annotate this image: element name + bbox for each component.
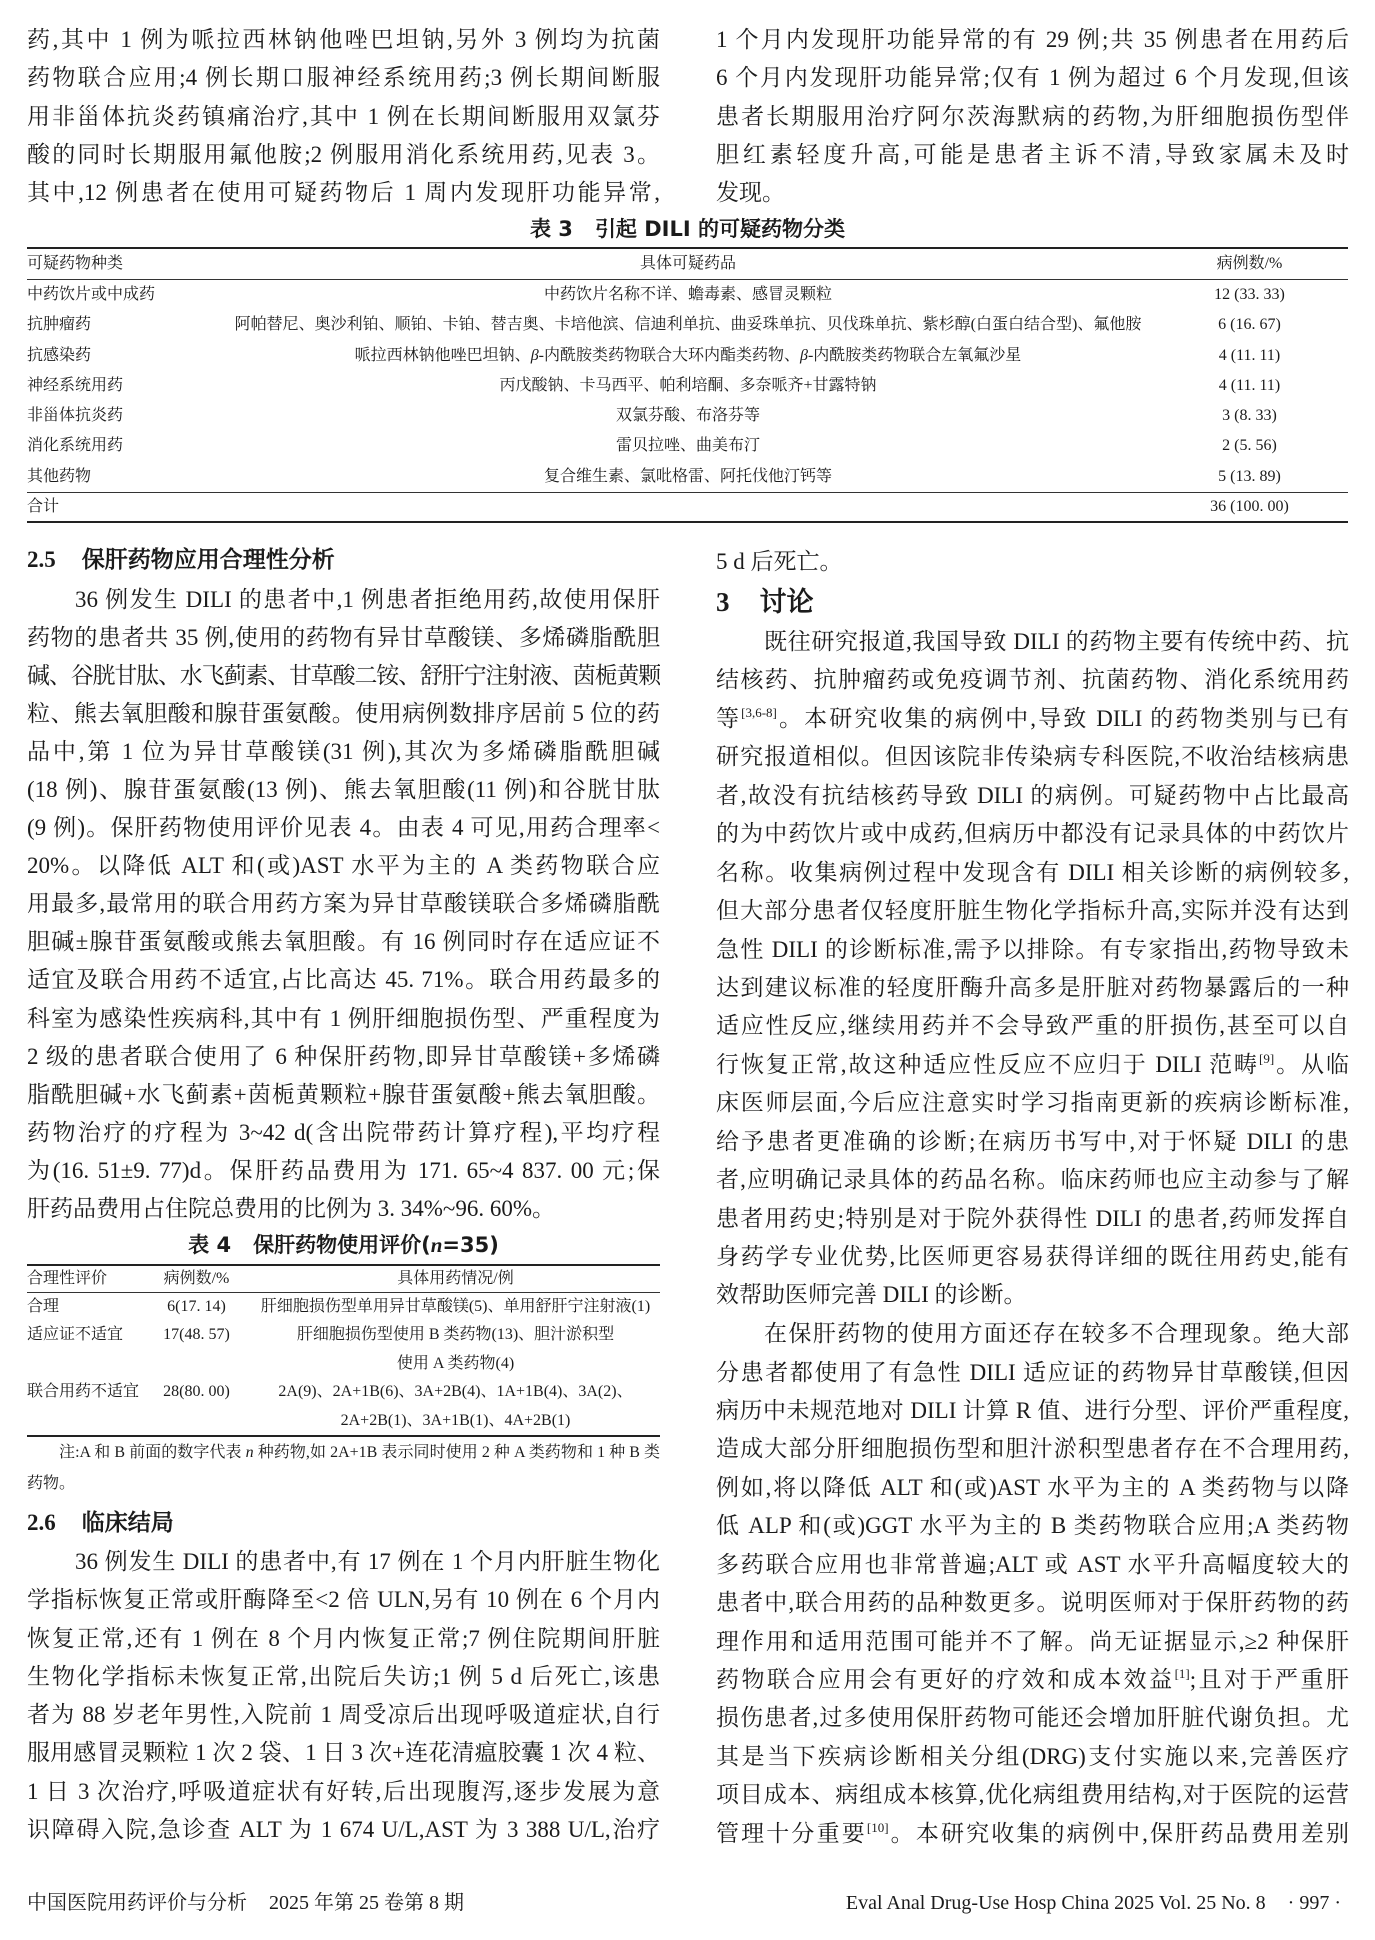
cell-specific-drugs: 双氯芬酸、布洛芬等 (225, 401, 1151, 431)
section-2-5-heading: 2.5保肝药物应用合理性分析 (27, 541, 660, 579)
text-line: 病历中未规范地对 DILI 计算 R 值、进行分型、评价严重程度, (716, 1392, 1349, 1430)
text-line: 药物治疗的疗程为 3~42 d(含出院带药计算疗程),平均疗程 (27, 1114, 660, 1152)
text-line: 结核药、抗肿瘤药或免疫调节剂、抗菌药物、消化系统用药 (716, 661, 1349, 699)
text-run: 。本研究收集的病例中,保肝药品费用差别 (889, 1821, 1349, 1846)
text-run: -内酰胺类药物联合大环内酯类药物、 (539, 347, 800, 364)
text-line: 恢复正常,还有 1 例在 8 个月内恢复正常;7 例住院期间肝脏 (27, 1620, 660, 1658)
cell-medication-details: 肝细胞损伤型单用异甘草酸镁(5)、单用舒肝宁注射液(1) (243, 1293, 660, 1321)
table-row: 抗肿瘤药阿帕替尼、奥沙利铂、顺铂、卡铂、替吉奥、卡培他滨、信迪利单抗、曲妥珠单抗… (27, 310, 1348, 340)
table-row: 中药饮片或中成药中药饮片名称不详、蟾毒素、感冒灵颗粒12 (33. 33) (27, 280, 1348, 310)
section-title: 临床结局 (82, 1510, 174, 1536)
cell-drug-category: 抗肿瘤药 (27, 310, 225, 340)
cell-specific-drugs: 哌拉西林钠他唑巴坦钠、β-内酰胺类药物联合大环内酯类药物、β-内酰胺类药物联合左… (225, 341, 1151, 371)
text-run: -内酰胺类药物联合左氧氟沙星 (808, 347, 1021, 364)
left-top-paragraph: 药,其中 1 例为哌拉西林钠他唑巴坦钠,另外 3 例均为抗菌药物联合应用;4 例… (27, 21, 660, 212)
text-run: 。从临 (1274, 1052, 1349, 1077)
text-line: 达到建议标准的轻度肝酶升高多是肝脏对药物暴露后的一种 (716, 969, 1349, 1007)
total-label: 合计 (27, 493, 225, 521)
text-line: 2 级的患者联合使用了 6 种保肝药物,即异甘草酸镁+多烯磷 (27, 1038, 660, 1076)
total-cases: 36 (100. 00) (1151, 493, 1348, 521)
table-4: 合理性评价 病例数/% 具体用药情况/例 合理6(17. 14)肝细胞损伤型单用… (27, 1264, 660, 1437)
text-run: 行恢复正常,故这种适应性反应不应归于 DILI 范畴 (716, 1052, 1259, 1077)
cell-specific-drugs: 中药饮片名称不详、蟾毒素、感冒灵颗粒 (225, 280, 1151, 310)
text-line: 研究报道相似。但因该院非传染病专科医院,不收治结核病患 (716, 738, 1349, 776)
table-body: 中药饮片或中成药中药饮片名称不详、蟾毒素、感冒灵颗粒12 (33. 33)抗肿瘤… (27, 280, 1348, 492)
text-line: 36 例发生 DILI 的患者中,1 例患者拒绝用药,故使用保肝 (27, 581, 660, 619)
section-2-6-paragraph: 36 例发生 DILI 的患者中,有 17 例在 1 个月内肝脏生物化学指标恢复… (27, 1543, 660, 1849)
section-title: 保肝药物应用合理性分析 (82, 547, 335, 573)
italic-symbol: β (800, 347, 808, 364)
cell-drug-category: 神经系统用药 (27, 371, 225, 401)
text-line: 1 日 3 次治疗,呼吸道症状有好转,后出现腹泻,逐步发展为意 (27, 1773, 660, 1811)
detail-line: 2A+2B(1)、3A+1B(1)、4A+2B(1) (251, 1407, 660, 1435)
text-line: 者,应明确记录具体的药品名称。临床药师也应主动参与了解 (716, 1161, 1349, 1199)
citation-ref: [9] (1259, 1051, 1274, 1066)
text-line: 36 例发生 DILI 的患者中,有 17 例在 1 个月内肝脏生物化 (27, 1543, 660, 1581)
text-line: 注:A 和 B 前面的数字代表 n 种药物,如 2A+1B 表示同时使用 2 种… (27, 1437, 660, 1468)
text-line: 行恢复正常,故这种适应性反应不应归于 DILI 范畴[9]。从临 (716, 1046, 1349, 1084)
text-line: 急性 DILI 的诊断标准,需予以排除。有专家指出,药物导致未 (716, 931, 1349, 969)
discussion-paragraph-1: 既往研究报道,我国导致 DILI 的药物主要有传统中药、抗结核药、抗肿瘤药或免疫… (716, 623, 1349, 1315)
text-line: 学指标恢复正常或肝酶降至<2 倍 ULN,另有 10 例在 6 个月内 (27, 1581, 660, 1619)
cell-drug-category: 非甾体抗炎药 (27, 401, 225, 431)
table-row: 联合用药不适宜28(80. 00)2A(9)、2A+1B(6)、3A+2B(4)… (27, 1378, 660, 1435)
text-line: 用最多,最常用的联合用药方案为异甘草酸镁联合多烯磷脂酰 (27, 885, 660, 923)
text-line: 管理十分重要[10]。本研究收集的病例中,保肝药品费用差别 (716, 1815, 1349, 1853)
table-3-caption: 引起 DILI 的可疑药物分类 (595, 217, 845, 241)
cell-case-count: 3 (8. 33) (1151, 401, 1348, 431)
text-line: 酸的同时长期服用氟他胺;2 例服用消化系统用药,见表 3。 (27, 136, 660, 174)
text-line: 理作用和适用范围可能并不了解。尚无证据显示,≥2 种保肝 (716, 1623, 1349, 1661)
text-line: 者,故没有抗结核药导致 DILI 的病例。可疑药物中占比最高 (716, 777, 1349, 815)
cell-case-count: 6(17. 14) (150, 1293, 243, 1321)
text-line: 药物联合应用会有更好的疗效和成本效益[1];且对于严重肝 (716, 1661, 1349, 1699)
text-line: 脂酰胆碱+水飞蓟素+茵栀黄颗粒+腺苷蛋氨酸+熊去氧胆酸。 (27, 1076, 660, 1114)
header-rationality: 合理性评价 (27, 1266, 150, 1292)
cell-specific-drugs: 复合维生素、氯吡格雷、阿托伐他汀钙等 (225, 462, 1151, 492)
section-number: 2.6 (27, 1510, 56, 1535)
cell-specific-drugs: 雷贝拉唑、曲美布汀 (225, 431, 1151, 461)
table-4-caption: 保肝药物使用评价(n=35) (253, 1233, 499, 1257)
text-line: 项目成本、病组成本核算,优化病组费用结构,对于医院的运营 (716, 1776, 1349, 1814)
cell-case-count: 2 (5. 56) (1151, 431, 1348, 461)
text-line: 患者用药史;特别是对于院外获得性 DILI 的患者,药师发挥自 (716, 1200, 1349, 1238)
section-number: 2.5 (27, 547, 56, 572)
text-run: 等 (716, 706, 741, 731)
cell-case-count: 28(80. 00) (150, 1378, 243, 1406)
text-line: 患者长期服用治疗阿尔茨海默病的药物,为肝细胞损伤型伴 (716, 98, 1349, 136)
table-4-label: 表 4 (188, 1233, 231, 1257)
text-run: 保肝药物使用评价( (253, 1233, 431, 1257)
text-run: 哌拉西林钠他唑巴坦钠、 (355, 347, 531, 364)
detail-line: 2A(9)、2A+1B(6)、3A+2B(4)、1A+1B(4)、3A(2)、 (251, 1378, 660, 1406)
cell-rationality: 联合用药不适宜 (27, 1378, 150, 1406)
text-line: 但大部分患者仅轻度肝脏生物化学指标升高,实际并没有达到 (716, 892, 1349, 930)
text-run: =35) (442, 1233, 498, 1257)
italic-symbol: n (246, 1444, 254, 1461)
text-line: 其中,12 例患者在使用可疑药物后 1 周内发现肝功能异常, (27, 174, 660, 212)
text-line: 生物化学指标未恢复正常,出院后失访;1 例 5 d 后死亡,该患 (27, 1658, 660, 1696)
text-line: 胆碱±腺苷蛋氨酸或熊去氧胆酸。有 16 例同时存在适应证不 (27, 923, 660, 961)
issue-info-cn: 2025 年第 25 卷第 8 期 (269, 1892, 464, 1914)
footer-journal-cn: 中国医院用药评价与分析2025 年第 25 卷第 8 期 (27, 1890, 464, 1916)
text-line: 品中,第 1 位为异甘草酸镁(31 例),其次为多烯磷脂酰胆碱 (27, 733, 660, 771)
cell-case-count: 6 (16. 67) (1151, 310, 1348, 340)
cell-drug-category: 其他药物 (27, 462, 225, 492)
text-line: 造成大部分肝细胞损伤型和胆汁淤积型患者存在不合理用药, (716, 1430, 1349, 1468)
section-2-6-continuation: 5 d 后死亡。 (716, 543, 1349, 581)
text-line: 既往研究报道,我国导致 DILI 的药物主要有传统中药、抗 (716, 623, 1349, 661)
text-line: (9 例)。保肝药物使用评价见表 4。由表 4 可见,用药合理率< (27, 809, 660, 847)
cell-drug-category: 抗感染药 (27, 341, 225, 371)
text-line: 适宜及联合用药不适宜,占比高达 45. 71%。联合用药最多的 (27, 961, 660, 999)
header-case-count: 病例数/% (1151, 249, 1348, 279)
cell-drug-category: 中药饮片或中成药 (27, 280, 225, 310)
text-line: 肝药品费用占住院总费用的比例为 3. 34%~96. 60%。 (27, 1190, 660, 1228)
text-line: 患者中,联合用药的品种数更多。说明医师对于保肝药物的药 (716, 1584, 1349, 1622)
table-3: 可疑药物种类 具体可疑药品 病例数/% 中药饮片或中成药中药饮片名称不详、蟾毒素… (27, 247, 1348, 523)
cell-case-count: 17(48. 57) (150, 1321, 243, 1349)
table-4-note: 注:A 和 B 前面的数字代表 n 种药物,如 2A+1B 表示同时使用 2 种… (27, 1437, 660, 1499)
table-total-row: 合计 36 (100. 00) (27, 492, 1348, 521)
detail-line: 使用 A 类药物(4) (251, 1350, 660, 1378)
text-line: 6 个月内发现肝功能异常;仅有 1 例为超过 6 个月发现,但该 (716, 59, 1349, 97)
text-line: 胆红素轻度升高,可能是患者主诉不清,导致家属未及时 (716, 136, 1349, 174)
header-case-count: 病例数/% (150, 1266, 243, 1292)
text-line: 粒、熊去氧胆酸和腺苷蛋氨酸。使用病例数排序居前 5 位的药 (27, 695, 660, 733)
text-run: 管理十分重要 (716, 1821, 867, 1846)
text-line: 药物。 (27, 1468, 660, 1499)
table-row: 非甾体抗炎药双氯芬酸、布洛芬等3 (8. 33) (27, 401, 1348, 431)
discussion-paragraph-2: 在保肝药物的使用方面还存在较多不合理现象。绝大部分患者都使用了有急性 DILI … (716, 1315, 1349, 1853)
table-row: 适应证不适宜17(48. 57)肝细胞损伤型使用 B 类药物(13)、胆汁淤积型… (27, 1321, 660, 1378)
citation-ref: [10] (867, 1820, 889, 1835)
text-line: 适应性反应,继续用药并不会导致严重的肝损伤,甚至可以自 (716, 1007, 1349, 1045)
text-line: 效帮助医师完善 DILI 的诊断。 (716, 1276, 1349, 1314)
text-line: 其是当下疾病诊断相关分组(DRG)支付实施以来,完善医疗 (716, 1738, 1349, 1776)
text-run: 。本研究收集的病例中,导致 DILI 的药物类别与已有 (777, 706, 1349, 731)
text-line: 身药学专业优势,比医师更容易获得详细的既往用药史,能有 (716, 1238, 1349, 1276)
text-line: 的为中药饮片或中成药,但病历中都没有记录具体的中药饮片 (716, 815, 1349, 853)
text-line: 在保肝药物的使用方面还存在较多不合理现象。绝大部 (716, 1315, 1349, 1353)
cell-case-count: 12 (33. 33) (1151, 280, 1348, 310)
detail-line: 肝细胞损伤型使用 B 类药物(13)、胆汁淤积型 (251, 1321, 660, 1349)
header-specific-drugs: 具体可疑药品 (225, 249, 1151, 279)
table-row: 消化系统用药雷贝拉唑、曲美布汀2 (5. 56) (27, 431, 1348, 461)
text-line: 科室为感染性疾病科,其中有 1 例肝细胞损伤型、严重程度为 (27, 1000, 660, 1038)
cell-case-count: 4 (11. 11) (1151, 371, 1348, 401)
citation-ref: [3,6-8] (741, 705, 777, 720)
text-line: 床医师层面,今后应注意实时学习指南更新的疾病诊断标准, (716, 1084, 1349, 1122)
text-line: 者为 88 岁老年男性,入院前 1 周受凉后出现呼吸道症状,自行 (27, 1696, 660, 1734)
table-row: 抗感染药哌拉西林钠他唑巴坦钠、β-内酰胺类药物联合大环内酯类药物、β-内酰胺类药… (27, 341, 1348, 371)
text-line: 药,其中 1 例为哌拉西林钠他唑巴坦钠,另外 3 例均为抗菌 (27, 21, 660, 59)
cell-medication-details: 2A(9)、2A+1B(6)、3A+2B(4)、1A+1B(4)、3A(2)、2… (243, 1378, 660, 1435)
footer-journal-en: Eval Anal Drug-Use Hosp China 2025 Vol. … (846, 1890, 1341, 1916)
text-line: 20%。以降低 ALT 和(或)AST 水平为主的 A 类药物联合应 (27, 847, 660, 885)
table-row: 神经系统用药丙戊酸钠、卡马西平、帕利培酮、多奈哌齐+甘露特钠4 (11. 11) (27, 371, 1348, 401)
text-line: (18 例)、腺苷蛋氨酸(13 例)、熊去氧胆酸(11 例)和谷胱甘肽 (27, 771, 660, 809)
cell-rationality: 适应证不适宜 (27, 1321, 150, 1349)
journal-name-cn: 中国医院用药评价与分析 (27, 1892, 247, 1914)
text-line: 服用感冒灵颗粒 1 次 2 袋、1 日 3 次+连花清瘟胶囊 1 次 4 粒、 (27, 1734, 660, 1772)
table-3-label: 表 3 (530, 217, 573, 241)
section-3-heading: 3讨论 (716, 583, 1349, 621)
table-header-row: 合理性评价 病例数/% 具体用药情况/例 (27, 1266, 660, 1293)
cell-case-count: 4 (11. 11) (1151, 341, 1348, 371)
cell-case-count: 5 (13. 89) (1151, 462, 1348, 492)
section-2-5-paragraph: 36 例发生 DILI 的患者中,1 例患者拒绝用药,故使用保肝药物的患者共 3… (27, 581, 660, 1228)
text-line: 多药联合应用也非常普遍;ALT 或 AST 水平升高幅度较大的 (716, 1546, 1349, 1584)
table-row: 合理6(17. 14)肝细胞损伤型单用异甘草酸镁(5)、单用舒肝宁注射液(1) (27, 1293, 660, 1321)
table-3-title: 表 3引起 DILI 的可疑药物分类 (27, 215, 1348, 243)
text-line: 药物的患者共 35 例,使用的药物有异甘草酸镁、多烯磷脂酰胆 (27, 619, 660, 657)
page-number: · 997 · (1288, 1892, 1341, 1914)
cell-rationality: 合理 (27, 1293, 150, 1321)
cell-drug-category: 消化系统用药 (27, 431, 225, 461)
table-row: 其他药物复合维生素、氯吡格雷、阿托伐他汀钙等5 (13. 89) (27, 462, 1348, 492)
text-line: 等[3,6-8]。本研究收集的病例中,导致 DILI 的药物类别与已有 (716, 700, 1349, 738)
section-title: 讨论 (760, 587, 814, 618)
text-line: 5 d 后死亡。 (716, 543, 1349, 581)
table-4-title: 表 4保肝药物使用评价(n=35) (27, 1231, 660, 1259)
cell-specific-drugs: 丙戊酸钠、卡马西平、帕利培酮、多奈哌齐+甘露特钠 (225, 371, 1151, 401)
table-body: 合理6(17. 14)肝细胞损伤型单用异甘草酸镁(5)、单用舒肝宁注射液(1)适… (27, 1293, 660, 1435)
text-line: 药物联合应用;4 例长期口服神经系统用药;3 例长期间断服 (27, 59, 660, 97)
text-line: 为(16. 51±9. 77)d。保肝药品费用为 171. 65~4 837. … (27, 1152, 660, 1190)
right-top-paragraph: 1 个月内发现肝功能异常的有 29 例;共 35 例患者在用药后6 个月内发现肝… (716, 21, 1349, 212)
journal-name-en: Eval Anal Drug-Use Hosp China 2025 Vol. … (846, 1892, 1266, 1914)
text-line: 用非甾体抗炎药镇痛治疗,其中 1 例在长期间断服用双氯芬 (27, 98, 660, 136)
detail-line: 肝细胞损伤型单用异甘草酸镁(5)、单用舒肝宁注射液(1) (251, 1293, 660, 1321)
section-2-6-heading: 2.6临床结局 (27, 1504, 660, 1542)
text-line: 识障碍入院,急诊查 ALT 为 1 674 U/L,AST 为 3 388 U/… (27, 1811, 660, 1849)
citation-ref: [1] (1175, 1666, 1190, 1681)
text-line: 发现。 (716, 174, 1349, 212)
italic-symbol: β (531, 347, 539, 364)
text-line: 1 个月内发现肝功能异常的有 29 例;共 35 例患者在用药后 (716, 21, 1349, 59)
header-drug-category: 可疑药物种类 (27, 249, 225, 279)
text-run: 种药物,如 2A+1B 表示同时使用 2 种 A 类药物和 1 种 B 类 (254, 1444, 660, 1461)
text-line: 给予患者更准确的诊断;在病历书写中,对于怀疑 DILI 的患 (716, 1123, 1349, 1161)
text-line: 分患者都使用了有急性 DILI 适应证的药物异甘草酸镁,但因 (716, 1354, 1349, 1392)
text-line: 损伤患者,过多使用保肝药物可能还会增加肝脏代谢负担。尤 (716, 1699, 1349, 1737)
cell-specific-drugs: 阿帕替尼、奥沙利铂、顺铂、卡铂、替吉奥、卡培他滨、信迪利单抗、曲妥珠单抗、贝伐珠… (225, 310, 1151, 340)
text-line: 碱、谷胱甘肽、水飞蓟素、甘草酸二铵、舒肝宁注射液、茵栀黄颗 (27, 657, 660, 695)
text-line: 名称。收集病例过程中发现含有 DILI 相关诊断的病例较多, (716, 854, 1349, 892)
total-drugs (225, 493, 1151, 521)
text-run: 药物联合应用会有更好的疗效和成本效益 (716, 1667, 1175, 1692)
text-line: 低 ALP 和(或)GGT 水平为主的 B 类药物联合应用;A 类药物 (716, 1507, 1349, 1545)
text-run: ;且对于严重肝 (1190, 1667, 1349, 1692)
header-medication-details: 具体用药情况/例 (243, 1266, 660, 1292)
italic-symbol: n (431, 1233, 443, 1257)
cell-medication-details: 肝细胞损伤型使用 B 类药物(13)、胆汁淤积型使用 A 类药物(4) (243, 1321, 660, 1378)
section-number: 3 (716, 587, 730, 617)
text-run: 注:A 和 B 前面的数字代表 (59, 1444, 246, 1461)
table-header-row: 可疑药物种类 具体可疑药品 病例数/% (27, 249, 1348, 280)
text-line: 例如,将以降低 ALT 和(或)AST 水平为主的 A 类药物与以降 (716, 1469, 1349, 1507)
